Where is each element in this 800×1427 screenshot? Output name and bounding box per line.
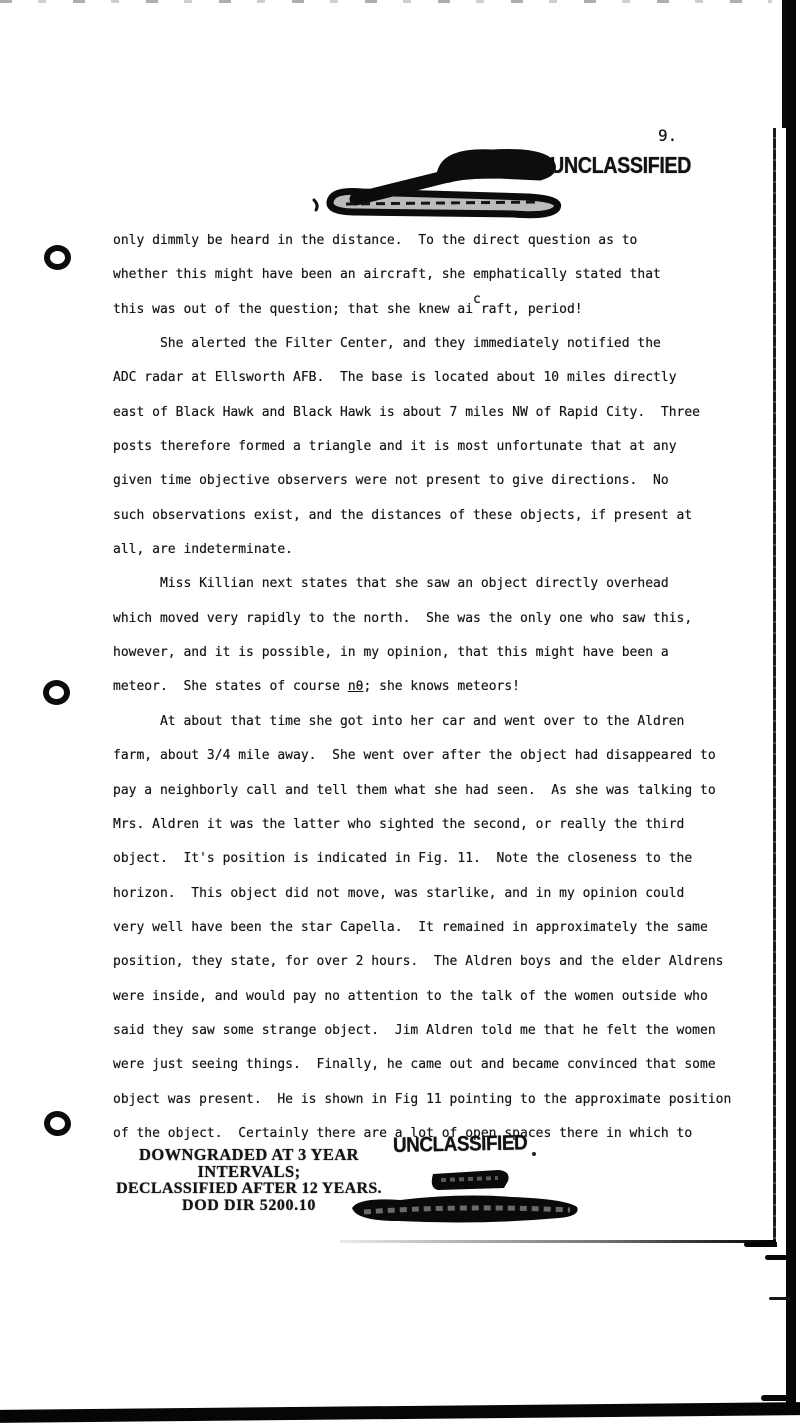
typed-line: object was present. He is shown in Fig 1… <box>113 1083 731 1117</box>
binder-tick <box>769 1297 790 1300</box>
typed-line: meteor. She states of course nθ; she kno… <box>113 670 731 704</box>
hole-punch <box>44 245 71 270</box>
page-bottom-edge-line <box>340 1240 776 1243</box>
typed-line: Miss Killian next states that she saw an… <box>113 567 731 601</box>
page-corner-mark <box>744 1242 777 1247</box>
page-edge-line <box>773 128 776 1245</box>
typed-line: said they saw some strange object. Jim A… <box>113 1014 731 1048</box>
typed-line: Mrs. Aldren it was the latter who sighte… <box>113 808 731 842</box>
scan-edge-noise <box>0 0 772 3</box>
hole-punch <box>43 680 70 705</box>
binder-tick <box>765 1255 790 1260</box>
typed-line: very well have been the star Capella. It… <box>113 911 731 945</box>
scan-border-right-top <box>782 0 788 128</box>
typed-line: this was out of the question; that she k… <box>113 293 731 327</box>
typed-text: only dimmly be heard in the distance. To… <box>113 224 731 1151</box>
typed-line: object. It's position is indicated in Fi… <box>113 842 731 876</box>
typed-line: were inside, and would pay no attention … <box>113 980 731 1014</box>
typed-line: posts therefore formed a triangle and it… <box>113 430 731 464</box>
typed-line: horizon. This object did not move, was s… <box>113 877 731 911</box>
typed-line: given time objective observers were not … <box>113 464 731 498</box>
typed-line: position, they state, for over 2 hours. … <box>113 945 731 979</box>
classification-stamp-bottom: UNCLASSIFIED <box>393 1131 528 1158</box>
scanned-document-page: 9. UNCLASSIFIED only dimmly be heard in … <box>0 0 800 1427</box>
typed-line: pay a neighborly call and tell them what… <box>113 774 731 808</box>
typed-line: At about that time she got into her car … <box>113 705 731 739</box>
scan-border-right <box>786 0 796 1413</box>
redaction-bars <box>340 1160 590 1230</box>
typed-line: however, and it is possible, in my opini… <box>113 636 731 670</box>
typed-line: east of Black Hawk and Black Hawk is abo… <box>113 396 731 430</box>
hole-punch <box>42 1109 72 1138</box>
typed-line: whether this might have been an aircraft… <box>113 258 731 292</box>
typed-line: such observations exist, and the distanc… <box>113 499 731 533</box>
redaction-scribble <box>300 140 580 225</box>
typed-line: all, are indeterminate. <box>113 533 731 567</box>
typed-line: ADC radar at Ellsworth AFB. The base is … <box>113 361 731 395</box>
binder-tick <box>761 1395 790 1401</box>
typed-line: She alerted the Filter Center, and they … <box>113 327 731 361</box>
typed-line: only dimmly be heard in the distance. To… <box>113 224 731 258</box>
ink-dot <box>532 1152 536 1156</box>
typed-line: were just seeing things. Finally, he cam… <box>113 1048 731 1082</box>
typed-line: which moved very rapidly to the north. S… <box>113 602 731 636</box>
page-number: 9. <box>658 126 677 145</box>
scan-border-bottom <box>0 1402 800 1423</box>
typed-line: farm, about 3/4 mile away. She went over… <box>113 739 731 773</box>
